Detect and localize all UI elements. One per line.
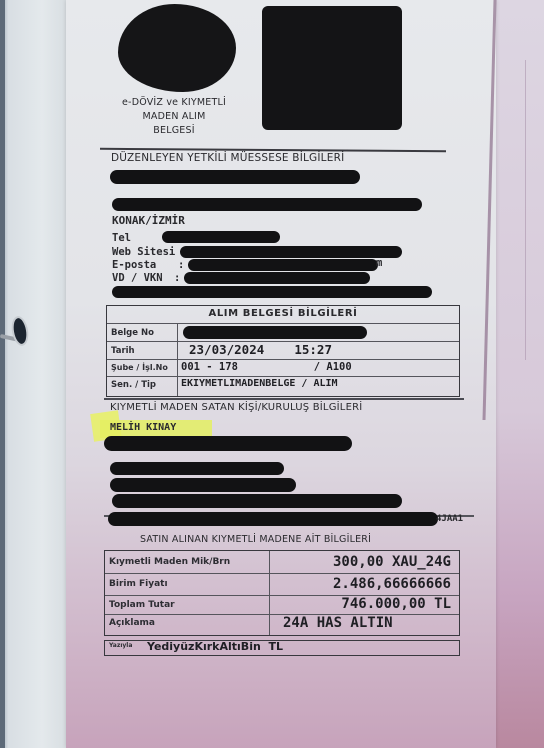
issuer-section-heading: DÜZENLEYEN YETKİLİ MÜESSESE BİLGİLERİ — [111, 152, 344, 164]
title-line-1: e-DÖVİZ ve KIYMETLİ — [104, 96, 244, 110]
redacted-seller-id — [108, 512, 438, 526]
receipt-info-heading: ALIM BELGESİ BİLGİLERİ — [107, 308, 459, 319]
branch-tx-no: 001 - 178 / A100 — [181, 361, 352, 373]
email-separator: : — [178, 259, 184, 271]
sheet-fold-line — [525, 60, 526, 360]
purchase-table: Kıymetli Maden Mik/Brn 300,00 XAU_24G Bi… — [104, 550, 460, 636]
label-in-words: Yazıyla — [109, 642, 132, 649]
redacted-seller-address-1 — [110, 462, 284, 475]
seller-section-heading: KIYMETLİ MADEN SATAN KİŞİ/KURULUŞ BİLGİL… — [110, 402, 362, 413]
label-unit-price: Birim Fiyatı — [109, 579, 168, 589]
redacted-logo — [118, 4, 236, 92]
redacted-qr-code — [262, 6, 402, 130]
label-email: E-posta — [112, 259, 156, 271]
title-line-3: BELGESİ — [104, 124, 244, 138]
redacted-seller-detail — [104, 436, 352, 451]
label-tax: VD / VKN — [112, 272, 163, 284]
redacted-seller-address-3 — [112, 494, 402, 508]
seller-id-visible-part: 4JAA1 — [436, 514, 463, 524]
description: 24A HAS ALTIN — [283, 615, 393, 631]
label-date: Tarih — [111, 346, 135, 356]
label-web: Web Sitesi — [112, 246, 175, 258]
title-line-2: MADEN ALIM — [104, 110, 244, 124]
amount-in-words-box: Yazıyla YediyüzKırkAltıBin TL — [104, 640, 460, 656]
label-type: Sen. / Tip — [111, 380, 156, 390]
document-title: e-DÖVİZ ve KIYMETLİ MADEN ALIM BELGESİ — [104, 96, 244, 138]
document-type: EKIYMETLIMADENBELGE / ALIM — [181, 378, 338, 389]
redacted-website — [180, 246, 402, 258]
divider — [104, 398, 464, 400]
binder-edge — [0, 0, 5, 748]
redacted-email — [188, 259, 378, 271]
label-total-amount: Toplam Tutar — [109, 600, 175, 610]
redacted-issuer-name — [110, 170, 360, 184]
issuer-city: KONAK/İZMİR — [112, 214, 185, 227]
redacted-tax-number — [184, 272, 370, 284]
redacted-document-no — [183, 326, 367, 339]
label-description: Açıklama — [109, 618, 155, 628]
label-metal-quantity: Kıymetli Maden Mik/Brn — [109, 557, 230, 567]
redacted-phone — [162, 231, 280, 243]
seller-name: MELİH KINAY — [110, 422, 176, 433]
unit-price: 2.486,66666666 — [333, 576, 451, 592]
email-suffix: m — [376, 257, 382, 269]
total-amount: 746.000,00 TL — [341, 596, 451, 612]
redacted-address — [112, 198, 422, 211]
receipt-date-time: 23/03/2024 15:27 — [189, 342, 332, 357]
binder-background — [0, 0, 70, 748]
redacted-seller-address-2 — [110, 478, 296, 492]
redacted-trade-registry — [112, 286, 432, 298]
metal-quantity: 300,00 XAU_24G — [333, 554, 451, 570]
label-document-no: Belge No — [111, 328, 154, 338]
label-branch-tx: Şube / İşl.No — [111, 363, 168, 372]
amount-in-words: YediyüzKırkAltıBin TL — [147, 640, 283, 653]
tax-separator: : — [174, 272, 180, 284]
receipt-info-table: ALIM BELGESİ BİLGİLERİ Belge No Tarih 23… — [106, 305, 460, 397]
purchase-section-heading: SATIN ALINAN KIYMETLİ MADENE AİT BİLGİLE… — [140, 534, 371, 545]
label-tel: Tel — [112, 232, 131, 244]
